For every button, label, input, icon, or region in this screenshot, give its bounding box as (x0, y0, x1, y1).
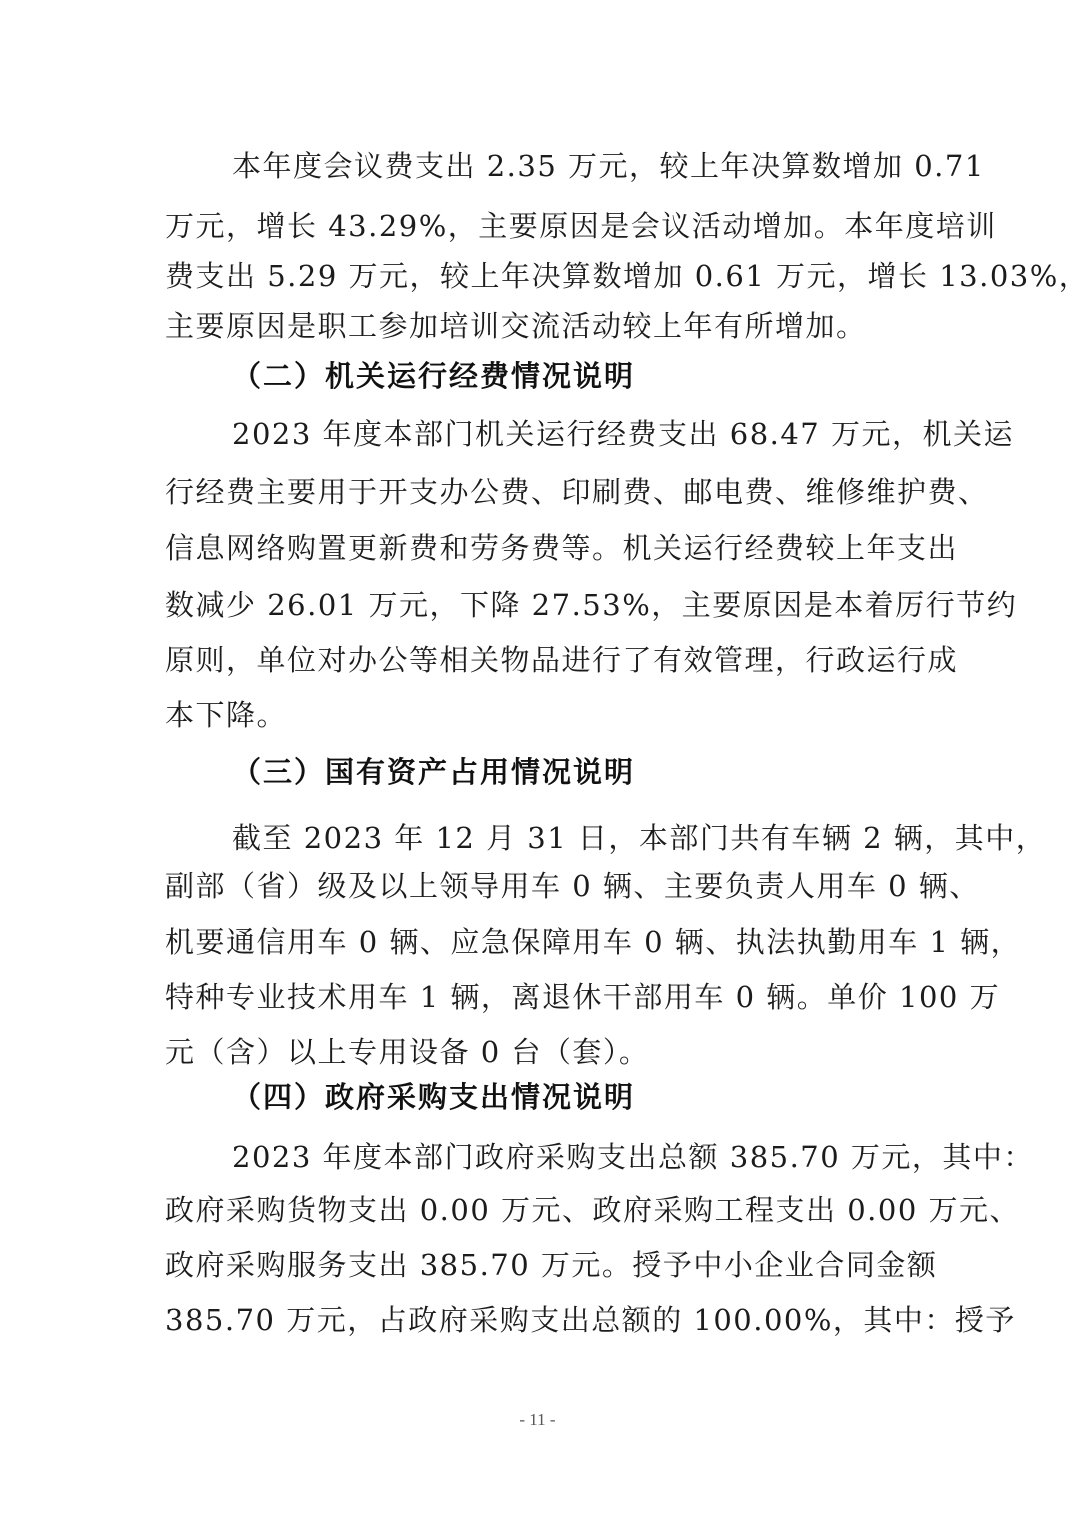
paragraph-state-assets-line-2: 副部（省）级及以上领导用车 0 辆、主要负责人用车 0 辆、 (165, 866, 910, 906)
paragraph-state-assets-line-5: 元（含）以上专用设备 0 台（套）。 (165, 1032, 910, 1072)
section-heading-state-assets: （三）国有资产占用情况说明 (232, 752, 635, 792)
section-heading-operating-expenses: （二）机关运行经费情况说明 (232, 356, 635, 396)
paragraph-state-assets-line-3: 机要通信用车 0 辆、应急保障用车 0 辆、执法执勤用车 1 辆， (165, 922, 910, 962)
paragraph-procurement-line-3: 政府采购服务支出 385.70 万元。授予中小企业合同金额 (165, 1245, 910, 1285)
paragraph-procurement-line-4: 385.70 万元，占政府采购支出总额的 100.00%，其中：授予 (165, 1300, 910, 1340)
paragraph-operating-expenses-line-2: 行经费主要用于开支办公费、印刷费、邮电费、维修维护费、 (165, 472, 910, 512)
paragraph-procurement-line-1: 2023 年度本部门政府采购支出总额 385.70 万元，其中： (232, 1137, 910, 1177)
paragraph-operating-expenses-line-4: 数减少 26.01 万元，下降 27.53%，主要原因是本着厉行节约 (165, 585, 910, 625)
paragraph-meeting-training-line-4: 主要原因是职工参加培训交流活动较上年有所增加。 (165, 306, 910, 346)
document-page: 本年度会议费支出 2.35 万元，较上年决算数增加 0.71 万元，增长 43.… (0, 0, 1075, 1520)
paragraph-state-assets-line-1: 截至 2023 年 12 月 31 日，本部门共有车辆 2 辆，其中， (232, 818, 910, 858)
page-number: - 11 - (0, 1409, 1075, 1431)
paragraph-operating-expenses-line-1: 2023 年度本部门机关运行经费支出 68.47 万元，机关运 (232, 414, 910, 454)
paragraph-meeting-training-line-2: 万元，增长 43.29%，主要原因是会议活动增加。本年度培训 (165, 206, 910, 246)
paragraph-operating-expenses-line-3: 信息网络购置更新费和劳务费等。机关运行经费较上年支出 (165, 528, 910, 568)
paragraph-state-assets-line-4: 特种专业技术用车 1 辆，离退休干部用车 0 辆。单价 100 万 (165, 977, 910, 1017)
paragraph-meeting-training-line-3: 费支出 5.29 万元，较上年决算数增加 0.61 万元，增长 13.03%， (165, 256, 910, 296)
paragraph-procurement-line-2: 政府采购货物支出 0.00 万元、政府采购工程支出 0.00 万元、 (165, 1190, 910, 1230)
paragraph-operating-expenses-line-6: 本下降。 (165, 695, 910, 735)
paragraph-operating-expenses-line-5: 原则，单位对办公等相关物品进行了有效管理，行政运行成 (165, 640, 910, 680)
paragraph-meeting-training-line-1: 本年度会议费支出 2.35 万元，较上年决算数增加 0.71 (232, 146, 910, 186)
section-heading-government-procurement: （四）政府采购支出情况说明 (232, 1077, 635, 1117)
